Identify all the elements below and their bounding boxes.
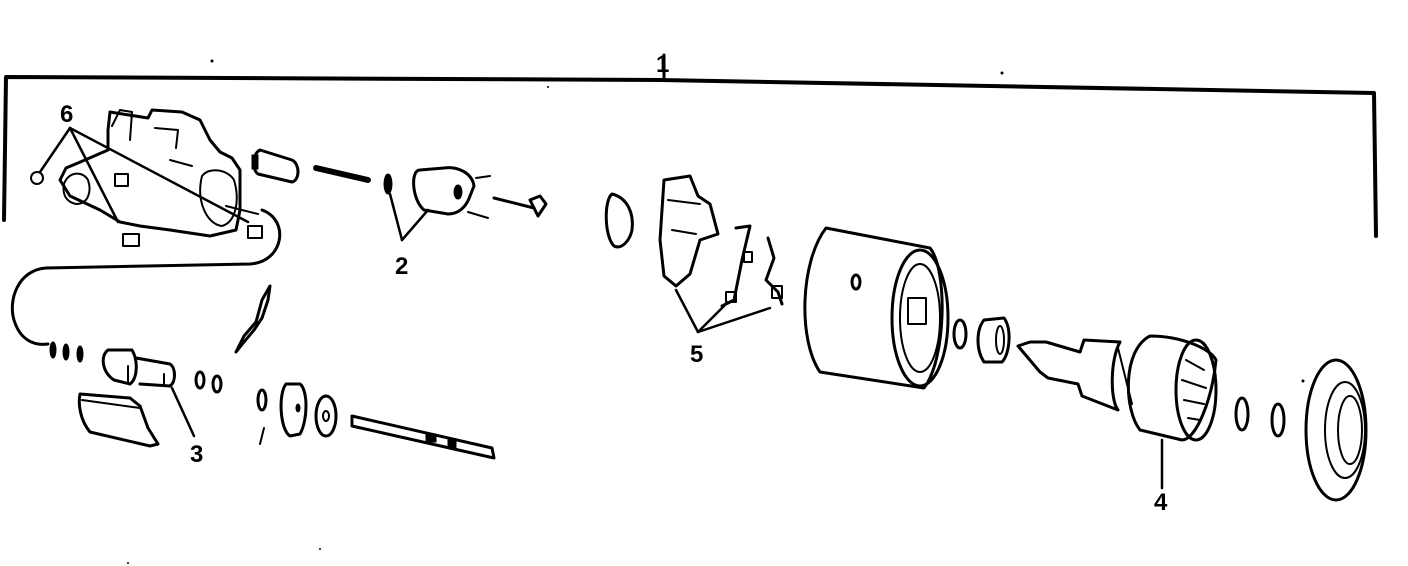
plunger bbox=[103, 350, 174, 386]
starter-exploded-diagram: 1 6 2 bbox=[0, 0, 1408, 566]
drive-clutch bbox=[1018, 336, 1216, 440]
thrust-washer bbox=[316, 396, 336, 436]
solenoid-cover bbox=[79, 394, 158, 446]
pinion-gear bbox=[281, 384, 306, 436]
spring bbox=[316, 168, 368, 180]
washers-small bbox=[50, 342, 83, 362]
brush-springs bbox=[722, 226, 782, 306]
shift-lever bbox=[236, 286, 270, 352]
scan-specks bbox=[127, 60, 1305, 565]
callout-4: 4 bbox=[1154, 489, 1168, 516]
callout-3: 3 bbox=[190, 441, 203, 468]
bushing bbox=[252, 150, 298, 182]
armature-shaft bbox=[352, 416, 494, 458]
callout-2: 2 bbox=[395, 253, 408, 280]
callout-5-leaders bbox=[676, 290, 770, 332]
retainer bbox=[260, 428, 264, 444]
o-ring bbox=[954, 320, 966, 348]
washer-right-2 bbox=[1272, 404, 1284, 436]
callout-5: 5 bbox=[690, 341, 703, 368]
lead-wire bbox=[12, 210, 279, 344]
snap-ring bbox=[258, 390, 266, 410]
callout-1: 1 bbox=[656, 51, 669, 78]
brush-holder bbox=[660, 176, 718, 286]
clips bbox=[196, 372, 221, 392]
drive-end-housing bbox=[60, 110, 262, 246]
washer-right-1 bbox=[1236, 398, 1248, 430]
field-frame bbox=[805, 228, 948, 388]
callout-6: 6 bbox=[60, 101, 73, 128]
callout-2-leaders bbox=[390, 194, 428, 240]
end-plate bbox=[606, 194, 632, 247]
end-cap bbox=[1306, 360, 1366, 500]
solenoid bbox=[384, 168, 490, 218]
bearing bbox=[978, 318, 1009, 362]
assembly-bracket bbox=[4, 55, 1376, 236]
solenoid-bolt bbox=[494, 196, 546, 216]
callout-3-leader bbox=[172, 388, 194, 436]
